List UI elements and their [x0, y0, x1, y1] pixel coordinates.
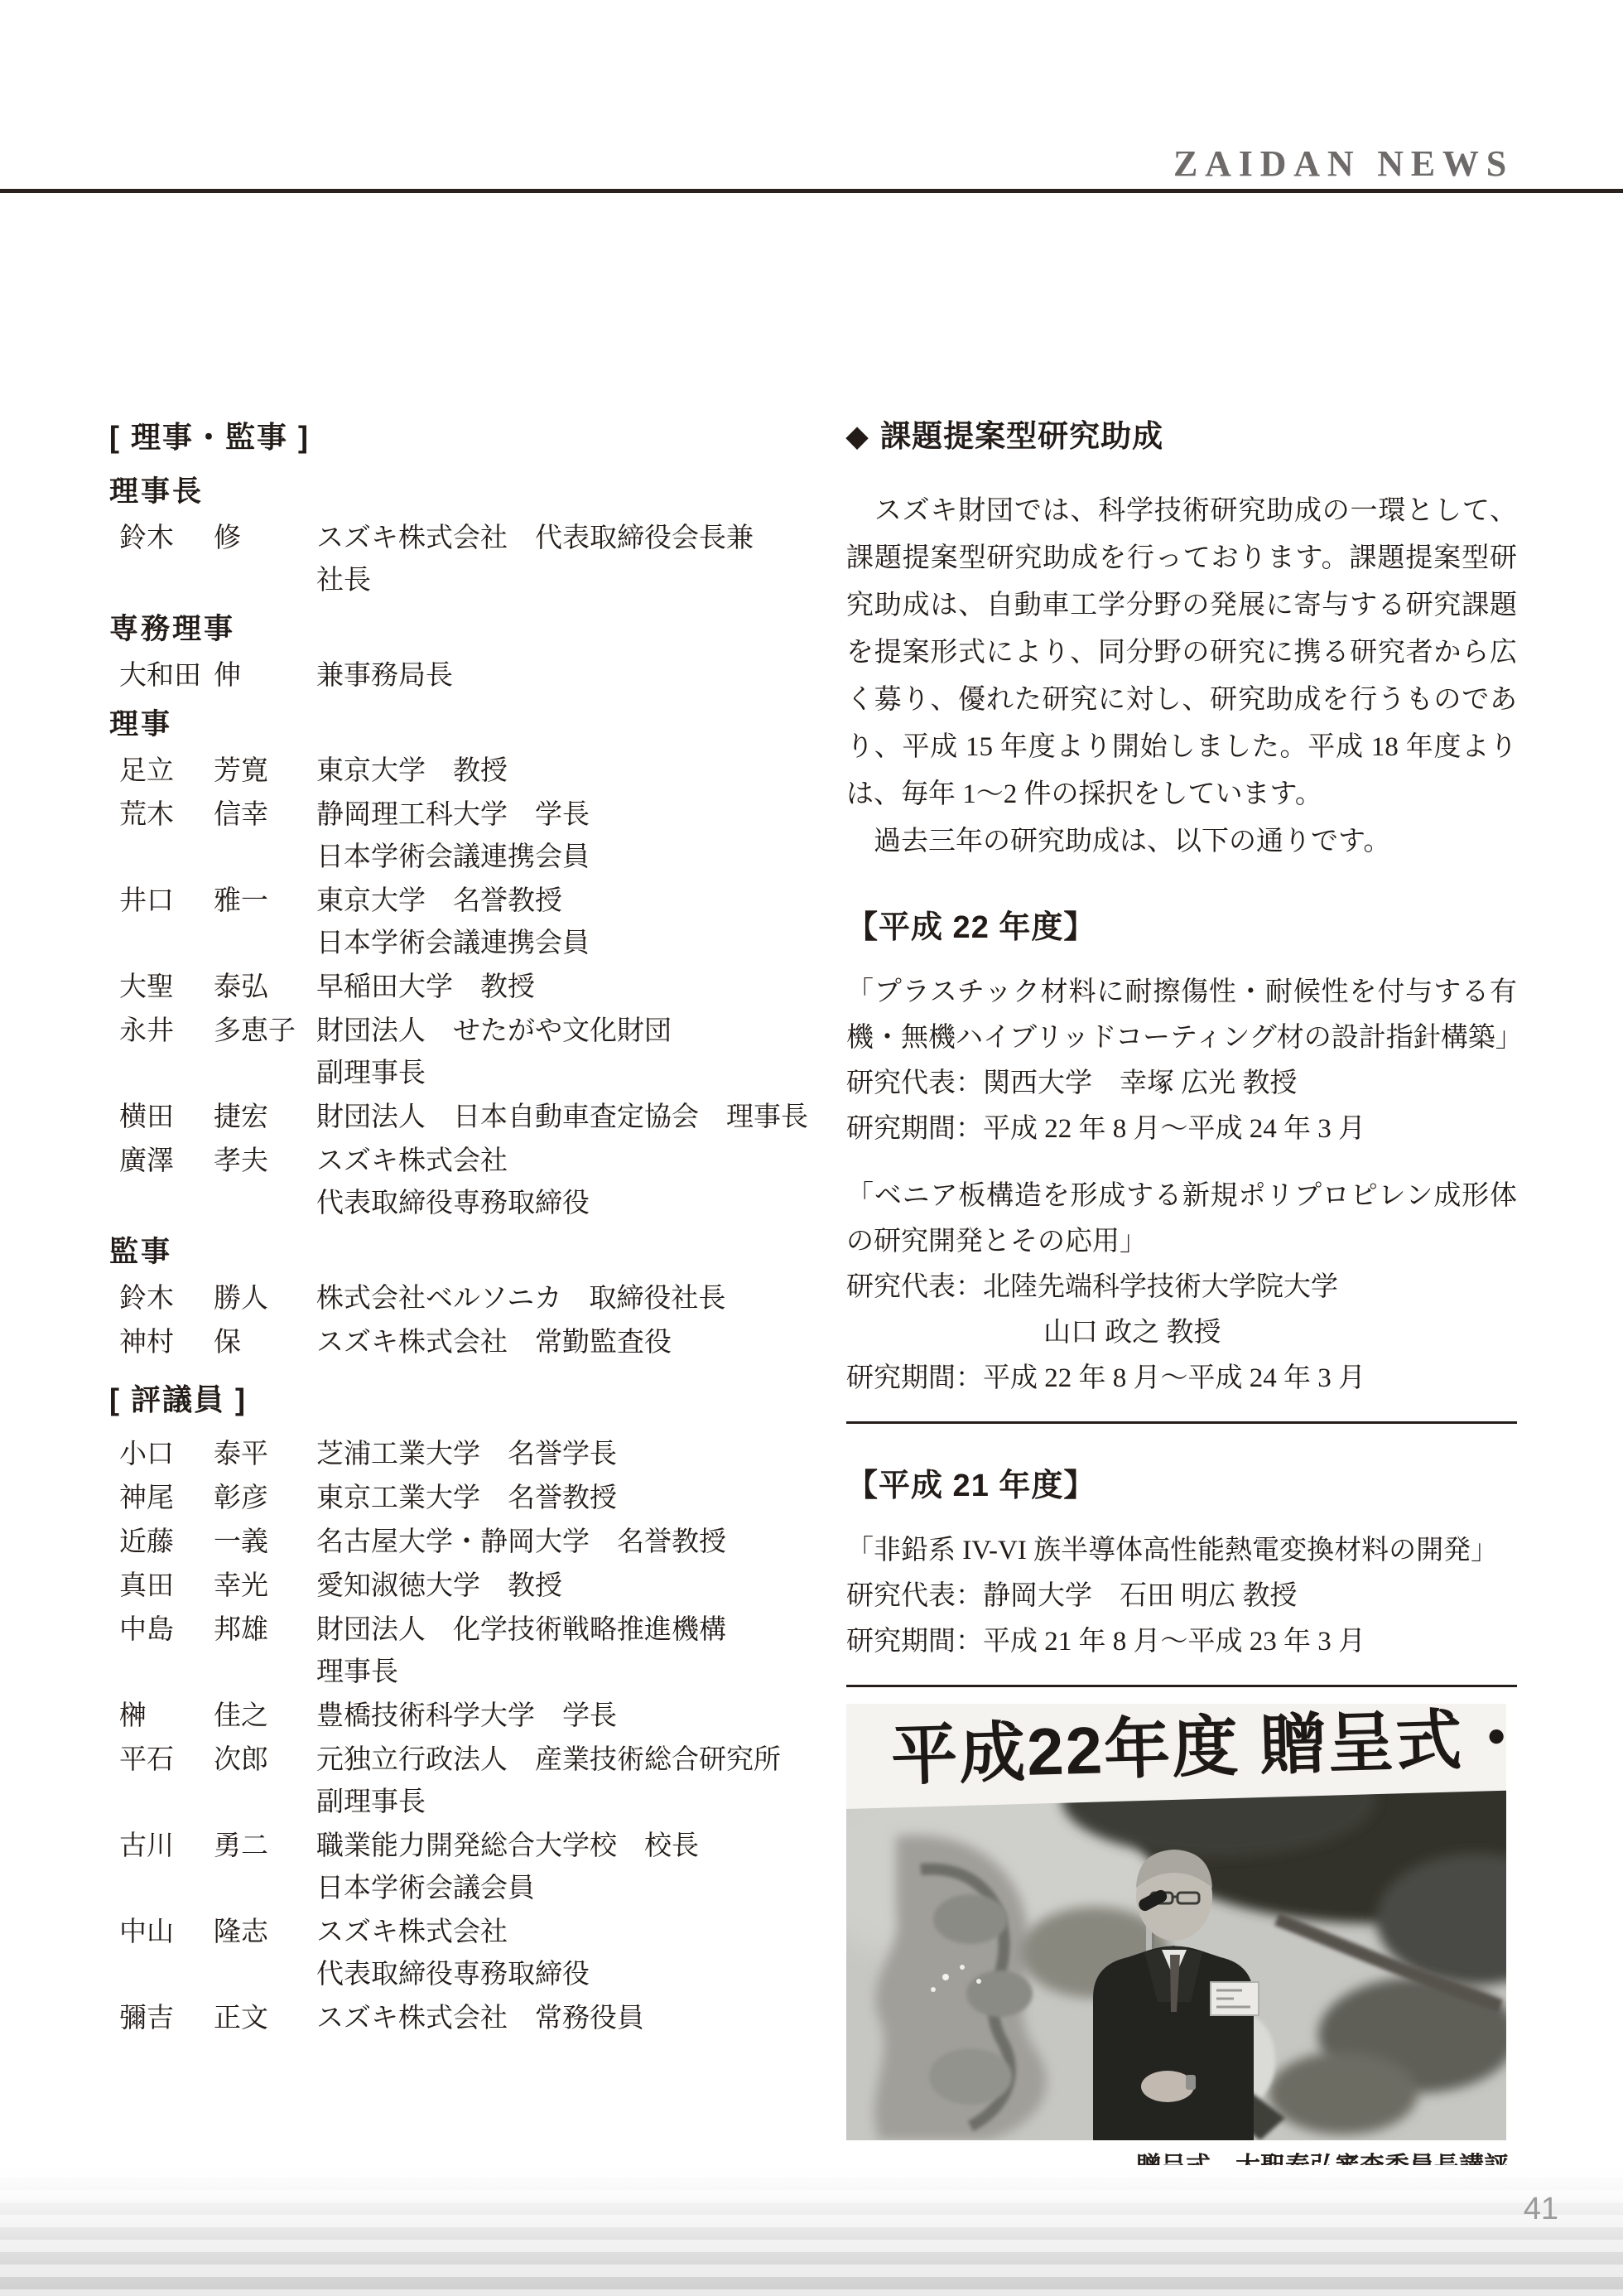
member-name: 井口雅一	[119, 880, 316, 965]
member-name: 小口泰平	[119, 1434, 316, 1476]
member-row: 鈴木修スズキ株式会社 代表取締役会長兼社長	[119, 518, 828, 602]
member-roles: スズキ株式会社 代表取締役会長兼社長	[316, 518, 828, 602]
member-name: 榊佳之	[119, 1695, 316, 1738]
member-name: 神尾彰彦	[119, 1478, 316, 1520]
member-affiliation: スズキ株式会社 常務役員	[316, 1998, 828, 2040]
member-name: 中島邦雄	[119, 1609, 316, 1694]
officer-group-heading: 監事	[109, 1232, 828, 1273]
member-affiliation: 静岡理工科大学 学長	[316, 794, 828, 837]
member-roles: 豊橋技術科学大学 学長	[316, 1695, 828, 1738]
member-given: 次郎	[214, 1739, 268, 1824]
member-row: 横田捷宏財団法人 日本自動車査定協会 理事長	[119, 1097, 828, 1139]
member-affiliation: スズキ株式会社	[316, 1141, 828, 1183]
member-given: 伸	[214, 655, 241, 697]
member-name: 横田捷宏	[119, 1097, 316, 1139]
member-row: 平石次郎元独立行政法人 産業技術総合研究所副理事長	[119, 1739, 828, 1824]
member-affiliation: 芝浦工業大学 名誉学長	[316, 1434, 828, 1476]
member-affiliation: 副理事長	[316, 1053, 828, 1095]
officer-group-heading: 理事長	[109, 471, 828, 513]
ceremony-photo: 平成22年度 贈呈式・技	[846, 1704, 1506, 2140]
member-surname: 榊	[119, 1695, 214, 1738]
member-roles: 株式会社ベルソニカ 取締役社長	[316, 1278, 828, 1320]
grant-period: 研究期間：平成 22 年 8 月～平成 24 年 3 月	[846, 1107, 1517, 1152]
member-name: 永井多恵子	[119, 1011, 316, 1095]
member-row: 井口雅一東京大学 名誉教授日本学術会議連携会員	[119, 880, 828, 965]
member-surname: 横田	[119, 1097, 214, 1139]
member-name: 平石次郎	[119, 1739, 316, 1824]
member-affiliation: 日本学術会議連携会員	[316, 837, 828, 879]
officer-group-heading: 理事	[109, 704, 828, 745]
member-given: 正文	[214, 1998, 268, 2040]
article-paragraph: スズキ財団では、科学技術研究助成の一環として、課題提案型研究助成を行っております…	[846, 488, 1517, 818]
member-surname: 神村	[119, 1322, 214, 1364]
member-roles: 静岡理工科大学 学長日本学術会議連携会員	[316, 794, 828, 879]
member-surname: 足立	[119, 750, 214, 793]
member-name: 大和田伸	[119, 655, 316, 697]
member-row: 鈴木勝人株式会社ベルソニカ 取締役社長	[119, 1278, 828, 1320]
member-name: 真田幸光	[119, 1565, 316, 1608]
member-given: 一義	[214, 1522, 268, 1564]
grant-year-heading: 【平成 22 年度】	[846, 907, 1517, 948]
member-roles: スズキ株式会社 常勤監査役	[316, 1322, 828, 1364]
member-name: 近藤一義	[119, 1522, 316, 1564]
member-given: 捷宏	[214, 1097, 268, 1139]
ceremony-photo-illustration: 平成22年度 贈呈式・技	[846, 1704, 1506, 2140]
member-affiliation: 副理事長	[316, 1782, 828, 1824]
officers-section-title: [ 理事・監事 ]	[109, 417, 828, 458]
member-surname: 真田	[119, 1565, 214, 1608]
member-name: 鈴木勝人	[119, 1278, 316, 1320]
member-given: 多恵子	[214, 1011, 296, 1095]
member-affiliation: スズキ株式会社 代表取締役会長兼	[316, 518, 828, 560]
member-surname: 大聖	[119, 967, 214, 1009]
member-surname: 彌吉	[119, 1998, 214, 2040]
article-paragraph: 過去三年の研究助成は、以下の通りです。	[846, 818, 1517, 866]
grant-item: 「プラスチック材料に耐擦傷性・耐候性を付与する有機・無機ハイブリッドコーティング…	[846, 970, 1517, 1152]
councilors-section-title: [ 評議員 ]	[109, 1379, 828, 1421]
member-affiliation: 日本学術会議会員	[316, 1868, 828, 1910]
member-surname: 平石	[119, 1739, 214, 1824]
grant-year-heading: 【平成 21 年度】	[846, 1465, 1517, 1507]
member-roles: 兼事務局長	[316, 655, 828, 697]
member-affiliation: 東京大学 名誉教授	[316, 880, 828, 923]
member-roles: 名古屋大学・静岡大学 名誉教授	[316, 1522, 828, 1564]
member-affiliation: 財団法人 せたがや文化財団	[316, 1011, 828, 1053]
grant-sections: 【平成 22 年度】「プラスチック材料に耐擦傷性・耐候性を付与する有機・無機ハイ…	[846, 907, 1517, 1687]
section-divider	[846, 1685, 1517, 1687]
section-divider	[846, 1421, 1517, 1424]
member-surname: 廣澤	[119, 1141, 214, 1225]
member-surname: 小口	[119, 1434, 214, 1476]
grant-title: 「ベニア板構造を形成する新規ポリプロピレン成形体の研究開発とその応用」	[846, 1174, 1517, 1265]
member-roles: 東京大学 名誉教授日本学術会議連携会員	[316, 880, 828, 965]
member-surname: 鈴木	[119, 1278, 214, 1320]
member-roles: 愛知淑徳大学 教授	[316, 1565, 828, 1608]
member-row: 近藤一義名古屋大学・静岡大学 名誉教授	[119, 1522, 828, 1564]
member-given: 隆志	[214, 1912, 268, 1996]
member-row: 大聖泰弘早稲田大学 教授	[119, 967, 828, 1009]
member-affiliation: 株式会社ベルソニカ 取締役社長	[316, 1278, 828, 1320]
member-roles: 財団法人 化学技術戦略推進機構理事長	[316, 1609, 828, 1694]
member-row: 永井多恵子財団法人 せたがや文化財団副理事長	[119, 1011, 828, 1095]
bottom-stripes-decoration	[0, 2165, 1623, 2296]
member-surname: 近藤	[119, 1522, 214, 1564]
member-roles: 財団法人 せたがや文化財団副理事長	[316, 1011, 828, 1095]
member-name: 大聖泰弘	[119, 967, 316, 1009]
member-affiliation: 元独立行政法人 産業技術総合研究所	[316, 1739, 828, 1782]
member-roles: スズキ株式会社 常務役員	[316, 1998, 828, 2040]
member-given: 信幸	[214, 794, 268, 879]
member-row: 廣澤孝夫スズキ株式会社代表取締役専務取締役	[119, 1141, 828, 1225]
member-surname: 中島	[119, 1609, 214, 1694]
member-given: 保	[214, 1322, 241, 1364]
member-given: 芳寛	[214, 750, 268, 793]
officer-blocks: 理事長鈴木修スズキ株式会社 代表取締役会長兼社長専務理事大和田伸兼事務局長理事足…	[109, 471, 828, 1364]
member-roles: 財団法人 日本自動車査定協会 理事長	[316, 1097, 828, 1139]
member-name: 中山隆志	[119, 1912, 316, 1996]
member-affiliation: 早稲田大学 教授	[316, 967, 828, 1009]
member-row: 足立芳寛東京大学 教授	[119, 750, 828, 793]
member-given: 修	[214, 518, 241, 602]
member-roles: 東京大学 教授	[316, 750, 828, 793]
member-affiliation: 豊橋技術科学大学 学長	[316, 1695, 828, 1738]
member-row: 神尾彰彦東京工業大学 名誉教授	[119, 1478, 828, 1520]
councilor-rows: 小口泰平芝浦工業大学 名誉学長神尾彰彦東京工業大学 名誉教授近藤一義名古屋大学・…	[109, 1434, 828, 2040]
header-rule	[0, 189, 1623, 193]
member-affiliation: 財団法人 化学技術戦略推進機構	[316, 1609, 828, 1652]
member-given: 泰弘	[214, 967, 268, 1009]
member-affiliation: 社長	[316, 560, 828, 602]
member-name: 荒木信幸	[119, 794, 316, 879]
member-row: 神村保スズキ株式会社 常勤監査役	[119, 1322, 828, 1364]
member-row: 古川勇二職業能力開発総合大学校 校長日本学術会議会員	[119, 1826, 828, 1910]
officer-group-heading: 専務理事	[109, 609, 828, 650]
grant-representative: 研究代表：北陸先端科学技術大学院大学	[846, 1265, 1517, 1310]
member-row: 真田幸光愛知淑徳大学 教授	[119, 1565, 828, 1608]
member-given: 孝夫	[214, 1141, 268, 1225]
grant-item: 「ベニア板構造を形成する新規ポリプロピレン成形体の研究開発とその応用」研究代表：…	[846, 1174, 1517, 1401]
member-affiliation: 兼事務局長	[316, 655, 828, 697]
member-given: 雅一	[214, 880, 268, 965]
member-affiliation: 代表取締役専務取締役	[316, 1954, 828, 1996]
member-affiliation: 愛知淑徳大学 教授	[316, 1565, 828, 1608]
member-row: 榊佳之豊橋技術科学大学 学長	[119, 1695, 828, 1738]
grant-representative: 山口 政之 教授	[1043, 1310, 1517, 1356]
page-number: 41	[1524, 2192, 1558, 2227]
article-heading-text: 課題提案型研究助成	[880, 417, 1163, 456]
member-given: 泰平	[214, 1434, 268, 1476]
member-row: 小口泰平芝浦工業大学 名誉学長	[119, 1434, 828, 1476]
member-row: 彌吉正文スズキ株式会社 常務役員	[119, 1998, 828, 2040]
member-affiliation: スズキ株式会社	[316, 1912, 828, 1954]
magazine-logo: ZAIDAN NEWS	[1173, 142, 1514, 185]
grant-period: 研究期間：平成 22 年 8 月～平成 24 年 3 月	[846, 1356, 1517, 1401]
grant-title: 「非鉛系 IV-VI 族半導体高性能熱電変換材料の開発」	[846, 1528, 1517, 1574]
officers-column: [ 理事・監事 ] 理事長鈴木修スズキ株式会社 代表取締役会長兼社長専務理事大和…	[109, 417, 828, 2042]
member-roles: スズキ株式会社代表取締役専務取締役	[316, 1141, 828, 1225]
member-given: 勇二	[214, 1826, 268, 1910]
member-surname: 古川	[119, 1826, 214, 1910]
member-roles: 東京工業大学 名誉教授	[316, 1478, 828, 1520]
member-given: 邦雄	[214, 1609, 268, 1694]
member-row: 荒木信幸静岡理工科大学 学長日本学術会議連携会員	[119, 794, 828, 879]
member-affiliation: スズキ株式会社 常勤監査役	[316, 1322, 828, 1364]
member-affiliation: 職業能力開発総合大学校 校長	[316, 1826, 828, 1868]
member-name: 神村保	[119, 1322, 316, 1364]
member-row: 大和田伸兼事務局長	[119, 655, 828, 697]
diamond-icon: ◆	[846, 417, 869, 456]
member-surname: 神尾	[119, 1478, 214, 1520]
member-row: 中島邦雄財団法人 化学技術戦略推進機構理事長	[119, 1609, 828, 1694]
grant-period: 研究期間：平成 21 年 8 月～平成 23 年 3 月	[846, 1619, 1517, 1665]
member-roles: 早稲田大学 教授	[316, 967, 828, 1009]
article-paragraphs: スズキ財団では、科学技術研究助成の一環として、課題提案型研究助成を行っております…	[846, 488, 1517, 866]
member-given: 佳之	[214, 1695, 268, 1738]
member-row: 中山隆志スズキ株式会社代表取締役専務取締役	[119, 1912, 828, 1996]
member-affiliation: 代表取締役専務取締役	[316, 1183, 828, 1225]
member-roles: 職業能力開発総合大学校 校長日本学術会議会員	[316, 1826, 828, 1910]
member-affiliation: 理事長	[316, 1652, 828, 1694]
grant-title: 「プラスチック材料に耐擦傷性・耐候性を付与する有機・無機ハイブリッドコーティング…	[846, 970, 1517, 1061]
member-surname: 永井	[119, 1011, 214, 1095]
member-surname: 荒木	[119, 794, 214, 879]
member-affiliation: 東京工業大学 名誉教授	[316, 1478, 828, 1520]
article-column: ◆ 課題提案型研究助成 スズキ財団では、科学技術研究助成の一環として、課題提案型…	[846, 417, 1517, 2183]
member-surname: 中山	[119, 1912, 214, 1996]
member-name: 鈴木修	[119, 518, 316, 602]
grant-representative: 研究代表：関西大学 幸塚 広光 教授	[846, 1061, 1517, 1107]
member-roles: 元独立行政法人 産業技術総合研究所副理事長	[316, 1739, 828, 1824]
member-name: 足立芳寛	[119, 750, 316, 793]
grant-item: 「非鉛系 IV-VI 族半導体高性能熱電変換材料の開発」研究代表：静岡大学 石田…	[846, 1528, 1517, 1665]
member-roles: 芝浦工業大学 名誉学長	[316, 1434, 828, 1476]
member-name: 廣澤孝夫	[119, 1141, 316, 1225]
member-affiliation: 東京大学 教授	[316, 750, 828, 793]
member-name: 古川勇二	[119, 1826, 316, 1910]
member-surname: 大和田	[119, 655, 214, 697]
member-given: 彰彦	[214, 1478, 268, 1520]
article-heading: ◆ 課題提案型研究助成	[846, 417, 1517, 456]
member-given: 勝人	[214, 1278, 268, 1320]
member-surname: 井口	[119, 880, 214, 965]
member-name: 彌吉正文	[119, 1998, 316, 2040]
member-roles: スズキ株式会社代表取締役専務取締役	[316, 1912, 828, 1996]
member-affiliation: 名古屋大学・静岡大学 名誉教授	[316, 1522, 828, 1564]
member-affiliation: 日本学術会議連携会員	[316, 923, 828, 965]
member-given: 幸光	[214, 1565, 268, 1608]
member-affiliation: 財団法人 日本自動車査定協会 理事長	[316, 1097, 828, 1139]
grant-representative: 研究代表：静岡大学 石田 明広 教授	[846, 1574, 1517, 1619]
member-surname: 鈴木	[119, 518, 214, 602]
